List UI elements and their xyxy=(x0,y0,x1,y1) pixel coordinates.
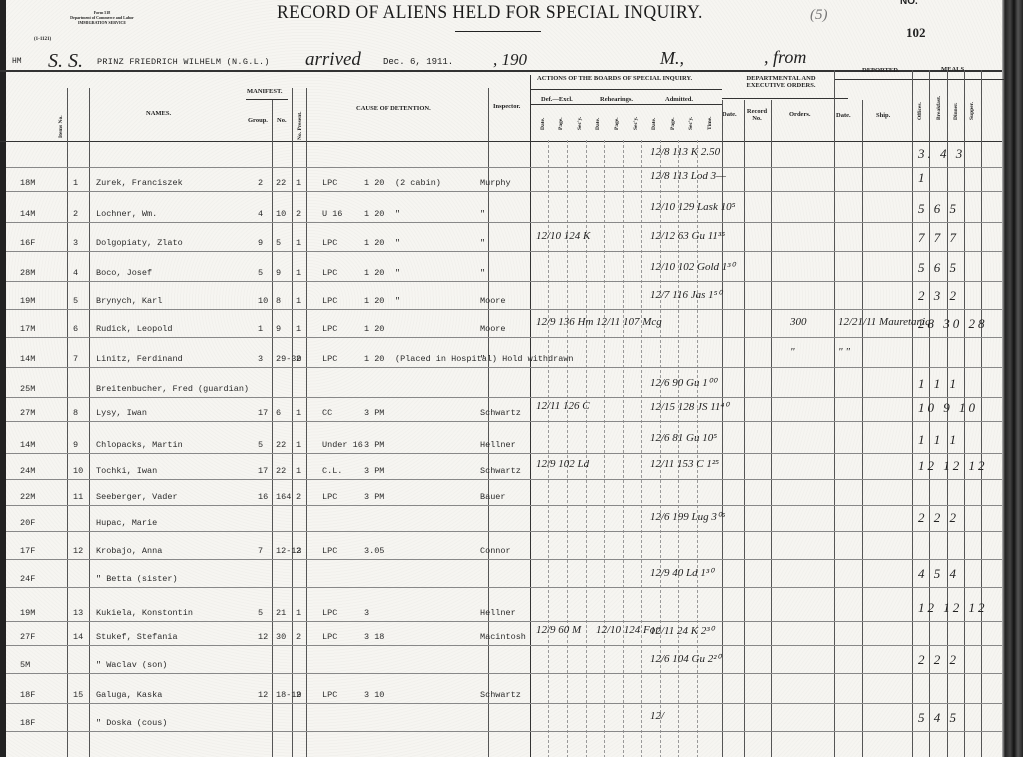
col-record-no: Record No. xyxy=(746,108,768,122)
cause-time: 1 20 xyxy=(364,354,384,364)
cause-code: LPC xyxy=(322,690,337,700)
no-label: NO. xyxy=(900,0,918,7)
alien-name: Dolgopiaty, Zlato xyxy=(96,238,183,248)
no-present: 1 xyxy=(296,268,301,278)
no-present: 1 xyxy=(296,440,301,450)
alien-name: Hupac, Marie xyxy=(96,518,157,528)
deferred-excluded: 12/11 126 C xyxy=(536,400,590,412)
arrival-date: Dec. 6, 1911. xyxy=(383,57,453,67)
cause-time: 3 PM xyxy=(364,466,384,476)
row-divider xyxy=(6,645,1002,646)
dept-rule xyxy=(722,98,848,99)
row-divider xyxy=(6,222,1002,223)
inspector: " xyxy=(480,209,485,219)
inspector: Hellner xyxy=(480,608,516,618)
age-sex: 14M xyxy=(20,209,35,219)
manifest-group: 4 xyxy=(258,209,263,219)
cause-code: LPC xyxy=(322,354,337,364)
col-actions: ACTIONS OF THE BOARDS OF SPECIAL INQUIRY… xyxy=(537,75,692,82)
col-dep-date: Date. xyxy=(836,112,851,119)
cause-time: 1 20 xyxy=(364,324,384,334)
cause-code: LPC xyxy=(322,546,337,556)
table-row: 14M 7 Linitz, Ferdinand 3 29-30 2 LPC 1 … xyxy=(0,348,1002,368)
meals: 5 6 5 xyxy=(918,260,959,276)
row-divider xyxy=(6,421,1002,422)
item-no: 7 xyxy=(73,354,78,364)
no-present: 1 xyxy=(296,238,301,248)
manifest-group: 12 xyxy=(258,632,268,642)
page-circle-number: (5) xyxy=(810,7,828,24)
manifest-no: 9 xyxy=(276,268,281,278)
alien-name: Stukef, Stefania xyxy=(96,632,178,642)
age-sex: 14M xyxy=(20,354,35,364)
cause-time: 3 18 xyxy=(364,632,384,642)
no-present: 1 xyxy=(296,178,301,188)
alien-name: Boco, Josef xyxy=(96,268,152,278)
alien-name: Krobajo, Anna xyxy=(96,546,162,556)
manifest-group: 3 xyxy=(258,354,263,364)
alien-name: Rudick, Leopold xyxy=(96,324,173,334)
col-supper: Supper. xyxy=(969,102,975,120)
col-no: No. xyxy=(277,117,287,124)
admitted: 12/6 104 Gu 2²⁰ xyxy=(650,652,721,665)
table-row: 27F 14 Stukef, Stefania 12 30 2 LPC 3 18… xyxy=(0,626,1002,646)
row-divider xyxy=(6,281,1002,282)
from-label: , from xyxy=(764,47,806,68)
actions-rule xyxy=(530,89,722,90)
meals: 2 2 2 xyxy=(918,510,959,526)
cause-note: " xyxy=(395,296,400,306)
cause-code: LPC xyxy=(322,608,337,618)
age-sex: 19M xyxy=(20,296,35,306)
header-bottom-rule xyxy=(0,141,1002,142)
admitted: 12/10 129 Lask 10⁵ xyxy=(650,201,735,213)
row-divider xyxy=(6,309,1002,310)
col-def-date: Date. xyxy=(540,118,546,130)
meals: 3. 4 3 xyxy=(918,146,965,162)
item-no: 3 xyxy=(73,238,78,248)
cause-time: 3 10 xyxy=(364,690,384,700)
no-present: 2 xyxy=(296,546,301,556)
deferred-excluded: 12/9 102 Ld xyxy=(536,458,589,470)
age-sex: 18F xyxy=(20,690,35,700)
meals: 7 7 7 xyxy=(918,230,959,246)
ship-prefix: HM xyxy=(12,57,22,66)
table-row: 28M 4 Boco, Josef 5 9 1 LPC 1 20 " " 12/… xyxy=(0,262,1002,282)
cause-time: 3 xyxy=(364,608,369,618)
col-reh-page: Page. xyxy=(614,117,620,130)
cause-time: 1 20 xyxy=(364,209,384,219)
meals: 1 xyxy=(918,170,928,186)
alien-name: Zurek, Franciszek xyxy=(96,178,183,188)
table-row: 27M 8 Lysy, Iwan 17 6 1 CC 3 PM Schwartz… xyxy=(0,402,1002,422)
col-group: Group. xyxy=(248,117,268,124)
cause-time: 1 20 xyxy=(364,296,384,306)
col-def-page: Page. xyxy=(558,117,564,130)
manifest-group: 5 xyxy=(258,440,263,450)
manifest-no: 5 xyxy=(276,238,281,248)
col-dept-date: Date. xyxy=(722,111,737,118)
row-divider xyxy=(6,621,1002,622)
alien-name: Tochki, Iwan xyxy=(96,466,157,476)
table-row: 5M " Waclav (son) 12/6 104 Gu 2²⁰ 2 2 2 xyxy=(0,654,1002,674)
manifest-rule xyxy=(246,99,288,100)
col-meals: MEALS. xyxy=(941,66,966,73)
table-row: 17F 12 Krobajo, Anna 7 12-13 2 LPC 3.05 … xyxy=(0,540,1002,560)
cause-note: " xyxy=(395,209,400,219)
cause-code: CC xyxy=(322,408,332,418)
row-divider xyxy=(6,587,1002,588)
row-divider xyxy=(6,731,1002,732)
row-divider xyxy=(6,453,1002,454)
item-no: 5 xyxy=(73,296,78,306)
alien-name: Seeberger, Vader xyxy=(96,492,178,502)
manifest-group: 16 xyxy=(258,492,268,502)
item-no: 2 xyxy=(73,209,78,219)
deferred-excluded: 12/9 136 Hm xyxy=(536,316,593,328)
age-sex: 19M xyxy=(20,608,35,618)
admitted: 12/11 24 K 2³⁰ xyxy=(650,624,714,637)
row-divider xyxy=(6,337,1002,338)
table-row: 24F " Betta (sister) 12/9 40 Ld 1³⁰ 4 5 … xyxy=(0,568,1002,588)
ledger-page: Form 518 Department of Commerce and Labo… xyxy=(0,0,1023,757)
meals: 1 1 1 xyxy=(918,376,959,392)
age-sex: 25M xyxy=(20,384,35,394)
table-row: 16F 3 Dolgopiaty, Zlato 9 5 1 LPC 1 20 "… xyxy=(0,232,1002,252)
form-info: Form 518 Department of Commerce and Labo… xyxy=(52,10,152,25)
manifest-group: 5 xyxy=(258,268,263,278)
col-breakfast: Breakfast. xyxy=(936,96,942,120)
item-no: 6 xyxy=(73,324,78,334)
meals: 2 3 2 xyxy=(918,288,959,304)
col-no-present: No. Present. xyxy=(297,112,303,140)
inspector: Schwartz xyxy=(480,408,521,418)
form-service: IMMIGRATION SERVICE xyxy=(52,20,152,25)
meals: 12 12 12 xyxy=(918,600,988,616)
age-sex: 17F xyxy=(20,546,35,556)
cause-time: 1 20 xyxy=(364,178,384,188)
row-divider xyxy=(6,531,1002,532)
table-row: 20F Hupac, Marie 12/6 199 Lug 3⁰⁵ 2 2 2 xyxy=(0,512,1002,532)
inspector: " xyxy=(480,354,485,364)
table-row: 22M 11 Seeberger, Vader 16 164 2 LPC 3 P… xyxy=(0,486,1002,506)
cause-time: 1 20 xyxy=(364,238,384,248)
no-present: 2 xyxy=(296,209,301,219)
cause-code: C.L. xyxy=(322,466,342,476)
inspector: Schwartz xyxy=(480,466,521,476)
cause-time: 3 PM xyxy=(364,492,384,502)
alien-name: Lysy, Iwan xyxy=(96,408,147,418)
cause-code: U 16 xyxy=(322,209,342,219)
table-row: 14M 2 Lochner, Wm. 4 10 2 U 16 1 20 " " … xyxy=(0,203,1002,223)
table-row: 25M Breitenbucher, Fred (guardian) 12/6 … xyxy=(0,378,1002,398)
cause-code: LPC xyxy=(322,324,337,334)
table-row: 18F 15 Galuga, Kaska 12 18-19 2 LPC 3 10… xyxy=(0,684,1002,704)
manifest-no: 22 xyxy=(276,440,286,450)
age-sex: 18F xyxy=(20,718,35,728)
manifest-no: 21 xyxy=(276,608,286,618)
col-adm-secy: Sec'y. xyxy=(688,117,694,130)
row-divider xyxy=(6,191,1002,192)
col-reh-secy: Sec'y. xyxy=(633,117,639,130)
admitted: 12/9 40 Ld 1³⁰ xyxy=(650,566,714,579)
admitted: 12/6 90 Gu 1⁰⁰ xyxy=(650,376,717,389)
cause-time: 3.05 xyxy=(364,546,384,556)
inspector: Moore xyxy=(480,324,506,334)
manifest-no: 164 xyxy=(276,492,291,502)
col-items-no: Items No. xyxy=(58,115,64,138)
alien-name: Lochner, Wm. xyxy=(96,209,157,219)
admitted: 12/7 116 Jas 1⁵⁰ xyxy=(650,288,722,301)
admitted: 12/6 199 Lug 3⁰⁵ xyxy=(650,510,725,523)
no-present: 1 xyxy=(296,296,301,306)
col-names: NAMES. xyxy=(146,110,171,117)
col-adm-page: Page. xyxy=(670,117,676,130)
cause-code: LPC xyxy=(322,178,337,188)
no-present: 1 xyxy=(296,324,301,334)
no-present: 1 xyxy=(296,408,301,418)
cause-code: LPC xyxy=(322,632,337,642)
manifest-no: 8 xyxy=(276,296,281,306)
arrived-label: arrived xyxy=(305,49,361,71)
manifest-group: 12 xyxy=(258,690,268,700)
deported: 12/21/11 Mauretania xyxy=(838,316,931,328)
meals: 12 12 12 xyxy=(918,458,988,474)
admitted: 12/6 81 Gu 10⁵ xyxy=(650,432,717,444)
cause-note: (2 cabin) xyxy=(395,178,441,188)
manifest-no: 30 xyxy=(276,632,286,642)
item-no: 11 xyxy=(73,492,83,502)
orders: " xyxy=(790,346,795,358)
item-no: 12 xyxy=(73,546,83,556)
table-row: 18M 1 Zurek, Franciszek 2 22 1 LPC 1 20 … xyxy=(0,172,1002,192)
table-row: 19M 5 Brynych, Karl 10 8 1 LPC 1 20 " Mo… xyxy=(0,290,1002,310)
col-rehearings: Rehearings. xyxy=(600,96,633,103)
manifest-no: 9 xyxy=(276,324,281,334)
deported: " " xyxy=(838,346,850,358)
cause-code: Under 16 xyxy=(322,440,363,450)
inspector: Hellner xyxy=(480,440,516,450)
row-divider xyxy=(6,703,1002,704)
inspector: Macintosh xyxy=(480,632,526,642)
item-no: 13 xyxy=(73,608,83,618)
table-row: 12/8 113 K 2.50 3. 4 3 xyxy=(0,148,1002,168)
no-present: 2 xyxy=(296,354,301,364)
col-inspector: Inspector. xyxy=(493,103,520,110)
cause-note: " xyxy=(395,238,400,248)
deferred-excluded: 12/9 60 M xyxy=(536,624,581,636)
m-label: M., xyxy=(660,48,684,69)
table-row: 17M 6 Rudick, Leopold 1 9 1 LPC 1 20 Moo… xyxy=(0,318,1002,338)
no-present: 2 xyxy=(296,690,301,700)
alien-name: " Doska (cous) xyxy=(96,718,167,728)
age-sex: 27F xyxy=(20,632,35,642)
col-dinner: Dinner. xyxy=(953,103,959,120)
alien-name: " Betta (sister) xyxy=(96,574,178,584)
actions-sub-rule xyxy=(530,104,722,105)
inspector: Moore xyxy=(480,296,506,306)
no-present: 1 xyxy=(296,608,301,618)
alien-name: Chlopacks, Martin xyxy=(96,440,183,450)
age-sex: 5M xyxy=(20,660,30,670)
table-row: 24M 10 Tochki, Iwan 17 22 1 C.L. 3 PM Sc… xyxy=(0,460,1002,480)
meals: 28 30 28 xyxy=(918,316,988,332)
inspector: Bauer xyxy=(480,492,506,502)
title-underline xyxy=(455,31,541,32)
row-divider xyxy=(6,397,1002,398)
alien-name: Galuga, Kaska xyxy=(96,690,162,700)
alien-name: Breitenbucher, Fred (guardian) xyxy=(96,384,249,394)
manifest-group: 10 xyxy=(258,296,268,306)
manifest-group: 17 xyxy=(258,408,268,418)
admitted: 12/ xyxy=(650,710,664,722)
table-row: 18F " Doska (cous) 12/ 5 4 5 xyxy=(0,712,1002,732)
alien-name: " Waclav (son) xyxy=(96,660,167,670)
row-divider xyxy=(6,251,1002,252)
age-sex: 14M xyxy=(20,440,35,450)
rehearing: 12/11 107 Mcg xyxy=(596,316,662,328)
col-deported: DEPORTED. xyxy=(862,67,900,74)
col-dept-orders: DEPARTMENTAL AND EXECUTIVE ORDERS. xyxy=(738,75,824,89)
cause-code: LPC xyxy=(322,238,337,248)
inspector: Connor xyxy=(480,546,511,556)
no-present: 2 xyxy=(296,492,301,502)
admitted: 12/11 153 C 1²⁵ xyxy=(650,458,719,470)
col-offices: Offices. xyxy=(917,102,923,120)
form-code: (1-1121) xyxy=(34,37,51,42)
cause-time: 3 PM xyxy=(364,440,384,450)
manifest-group: 17 xyxy=(258,466,268,476)
inspector: Schwartz xyxy=(480,690,521,700)
row-divider xyxy=(6,673,1002,674)
col-admitted: Admitted. xyxy=(665,96,693,103)
alien-name: Linitz, Ferdinand xyxy=(96,354,183,364)
ship-line-rule xyxy=(0,70,1002,72)
age-sex: 28M xyxy=(20,268,35,278)
item-no: 4 xyxy=(73,268,78,278)
no-present: 2 xyxy=(296,632,301,642)
alien-name: Brynych, Karl xyxy=(96,296,162,306)
deferred-excluded: 12/10 124 K xyxy=(536,230,590,242)
inspector: " xyxy=(480,268,485,278)
manifest-no: 6 xyxy=(276,408,281,418)
meals: 5 4 5 xyxy=(918,710,959,726)
col-ship: Ship. xyxy=(876,112,890,119)
age-sex: 24M xyxy=(20,466,35,476)
admitted: 12/12 63 Gu 11³⁵ xyxy=(650,230,725,242)
no-present: 1 xyxy=(296,466,301,476)
item-no: 14 xyxy=(73,632,83,642)
age-sex: 22M xyxy=(20,492,35,502)
cause-code: LPC xyxy=(322,296,337,306)
row-divider xyxy=(6,367,1002,368)
admitted: 12/8 113 Lod 3— xyxy=(650,170,726,182)
manifest-no: 10 xyxy=(276,209,286,219)
item-no: 9 xyxy=(73,440,78,450)
page-title: RECORD OF ALIENS HELD FOR SPECIAL INQUIR… xyxy=(277,2,703,24)
manifest-group: 5 xyxy=(258,608,263,618)
col-adm-date: Date. xyxy=(651,118,657,130)
admitted: 12/10 102 Gold 1³⁰ xyxy=(650,260,735,273)
item-no: 10 xyxy=(73,466,83,476)
meals: 4 5 4 xyxy=(918,566,959,582)
row-divider xyxy=(6,505,1002,506)
cause-time: 1 20 xyxy=(364,268,384,278)
alien-name: Kukiela, Konstontin xyxy=(96,608,193,618)
item-no: 15 xyxy=(73,690,83,700)
manifest-group: 9 xyxy=(258,238,263,248)
cause-time: 3 PM xyxy=(364,408,384,418)
scan-right-binding xyxy=(1002,0,1023,757)
year-label: , 190 xyxy=(493,50,527,70)
admitted: 12/8 113 K 2.50 xyxy=(650,146,720,158)
meals: 10 9 10 xyxy=(918,400,978,416)
meals: 2 2 2 xyxy=(918,652,959,668)
manifest-group: 7 xyxy=(258,546,263,556)
meals: 1 1 1 xyxy=(918,432,959,448)
inspector: " xyxy=(480,238,485,248)
age-sex: 16F xyxy=(20,238,35,248)
cause-code: LPC xyxy=(322,492,337,502)
sheet-number: 102 xyxy=(906,25,926,41)
item-no: 1 xyxy=(73,178,78,188)
item-no: 8 xyxy=(73,408,78,418)
cause-code: LPC xyxy=(322,268,337,278)
deported-rule xyxy=(834,79,1004,80)
cause-note: " xyxy=(395,268,400,278)
age-sex: 17M xyxy=(20,324,35,334)
col-adm-time: Time. xyxy=(707,117,713,131)
row-divider xyxy=(6,479,1002,480)
manifest-no: 22 xyxy=(276,466,286,476)
ship-name: PRINZ FRIEDRICH WILHELM (N.G.L.) xyxy=(97,57,270,67)
table-row: 19M 13 Kukiela, Konstontin 5 21 1 LPC 3 … xyxy=(0,602,1002,622)
col-orders: Orders. xyxy=(789,111,810,118)
age-sex: 27M xyxy=(20,408,35,418)
row-divider xyxy=(6,559,1002,560)
orders: 300 xyxy=(790,316,807,328)
table-row: 14M 9 Chlopacks, Martin 5 22 1 Under 16 … xyxy=(0,434,1002,454)
row-divider xyxy=(6,167,1002,168)
age-sex: 18M xyxy=(20,178,35,188)
manifest-group: 1 xyxy=(258,324,263,334)
manifest-no: 22 xyxy=(276,178,286,188)
meals: 5 6 5 xyxy=(918,201,959,217)
manifest-group: 2 xyxy=(258,178,263,188)
col-reh-date: Date. xyxy=(595,118,601,130)
col-manifest: MANIFEST. xyxy=(247,88,282,95)
age-sex: 24F xyxy=(20,574,35,584)
col-cause: CAUSE OF DETENTION. xyxy=(356,105,431,112)
admitted: 12/15 128 JS 11⁴⁰ xyxy=(650,400,729,413)
age-sex: 20F xyxy=(20,518,35,528)
col-def-secy: Sec'y. xyxy=(577,117,583,130)
inspector: Murphy xyxy=(480,178,511,188)
col-def-excl: Def.—Excl. xyxy=(541,96,573,103)
